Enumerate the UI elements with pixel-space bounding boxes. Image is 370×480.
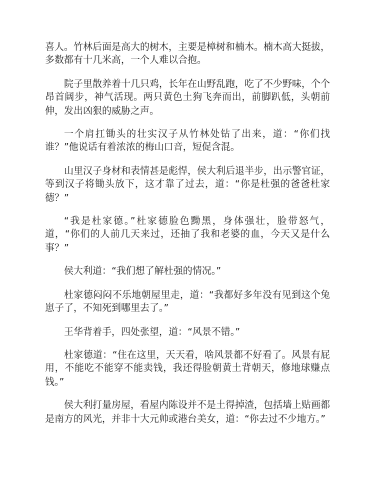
- paragraph: 喜人。竹林后面是高大的树木，主要是樟树和楠木。楠木高大挺拔，多数都有十几米高，一…: [45, 41, 330, 68]
- paragraph: 杜家德闷闷不乐地朝屋里走，道：“我都好多年没有见到这个兔崽子了，不知死到哪里去了…: [45, 289, 330, 316]
- paragraph: 一个肩扛锄头的壮实汉子从竹林处钻了出来，道：“你们找谁？”他说话有着浓浓的梅山口…: [45, 128, 330, 155]
- paragraph: 院子里散养着十几只鸡，长年在山野乱跑，吃了不少野味，个个昂首阔步，神气活现。两只…: [45, 78, 330, 118]
- paragraph: 王华背着手，四处张望，道：“风景不错。”: [45, 326, 330, 339]
- paragraph: 山里汉子身材和表情甚是彪悍，侯大利后退半步，出示警官证，等到汉子将锄头放下，这才…: [45, 165, 330, 205]
- paragraph: 侯大利道：“我们想了解杜强的情况。”: [45, 265, 330, 278]
- paragraph: 侯大利打量房屋，看屋内陈设并不是土得掉渣，包括墙上贴画都是南方的风光，并非十大元…: [45, 399, 330, 426]
- paragraph: 杜家德道：“住在这里，天天看，啥风景都不好看了。风景有屁用，不能吃不能穿不能卖钱…: [45, 349, 330, 389]
- book-page: 喜人。竹林后面是高大的树木，主要是樟树和楠木。楠木高大挺拔，多数都有十几米高，一…: [0, 0, 370, 480]
- paragraph: “我是杜家德。”杜家德脸色黝黑，身体强壮，脸带怒气，道，“你们的人前几天来过，还…: [45, 215, 330, 255]
